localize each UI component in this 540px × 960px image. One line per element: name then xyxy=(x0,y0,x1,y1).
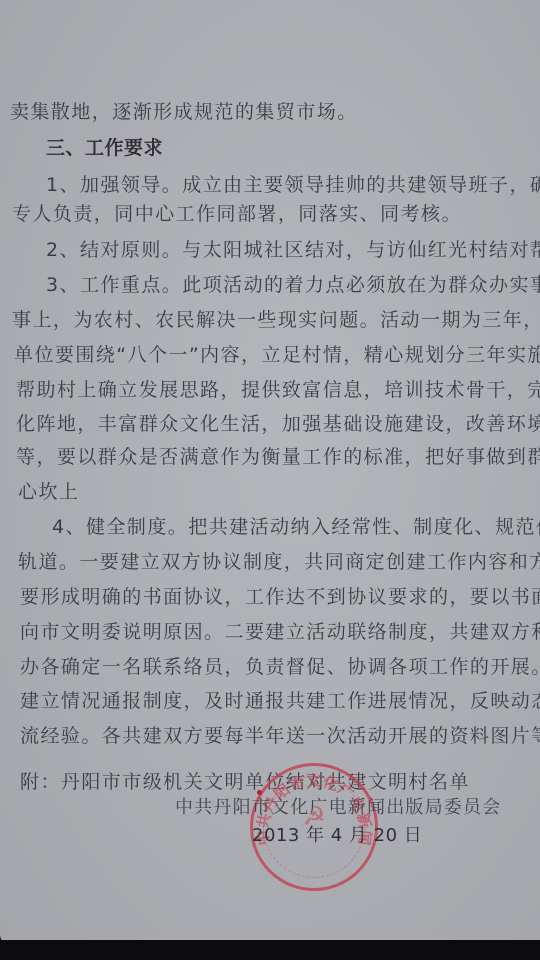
body-line: 轨道。一要建立双方协议制度，共同商定创建工作内容和方案后， xyxy=(18,550,540,574)
body-line: 向市文明委说明原因。二要建立活动联络制度，共建双方和文明 xyxy=(20,620,540,644)
section-heading: 三、工作要求 xyxy=(46,136,163,160)
body-line: 2、结对原则。与太阳城社区结对，与访仙红光村结对帮扶。 xyxy=(46,238,540,262)
body-line: 3、工作重点。此项活动的着力点必须放在为群众办实事好 xyxy=(46,273,540,297)
body-line: 流经验。各共建双方要每半年送一次活动开展的资料图片等。 xyxy=(20,724,540,748)
body-line: 4、健全制度。把共建活动纳入经常性、制度化、规范化的 xyxy=(52,515,540,539)
body-line: 帮助村上确立发展思路，提供致富信息，培训技术骨干，完善文 xyxy=(16,378,540,402)
body-line: 心坎上 xyxy=(18,480,79,504)
body-line: 要形成明确的书面协议，工作达不到协议要求的，要以书面形式 xyxy=(20,585,540,609)
body-line: 化阵地，丰富群众文化生活，加强基础设施建设，改善环境面貌 xyxy=(16,412,540,436)
document-page: 卖集散地，逐渐形成规范的集贸市场。 三、工作要求 1、加强领导。成立由主要领导挂… xyxy=(0,0,540,940)
seal-mark xyxy=(257,790,262,795)
body-line: 建立情况通报制度，及时通报共建工作进展情况，反映动态，交 xyxy=(20,689,540,713)
body-line: 单位要围绕“八个一”内容，立足村情，精心规划分三年实施。 xyxy=(14,343,540,367)
body-line: 专人负责，同中心工作同部署，同落实、同考核。 xyxy=(12,202,462,226)
body-line: 1、加强领导。成立由主要领导挂帅的共建领导班子，确立 xyxy=(46,173,540,197)
body-line: 事上，为农村、农民解决一些现实问题。活动一期为三年，共建 xyxy=(12,308,540,332)
issuer-signature: 中共丹阳市文化广电新闻出版局委员会 xyxy=(175,796,501,820)
attachment-note: 附：丹阳市市级机关文明单位结对共建文明村名单 xyxy=(20,770,470,794)
body-line: 卖集散地，逐渐形成规范的集贸市场。 xyxy=(10,100,358,124)
issue-date: 2013 年 4 月 20 日 xyxy=(252,824,422,848)
body-line: 办各确定一名联系络员，负责督促、协调各项工作的开展。三是 xyxy=(20,655,540,679)
body-line: 等，要以群众是否满意作为衡量工作的标准，把好事做到群众的 xyxy=(16,445,540,469)
